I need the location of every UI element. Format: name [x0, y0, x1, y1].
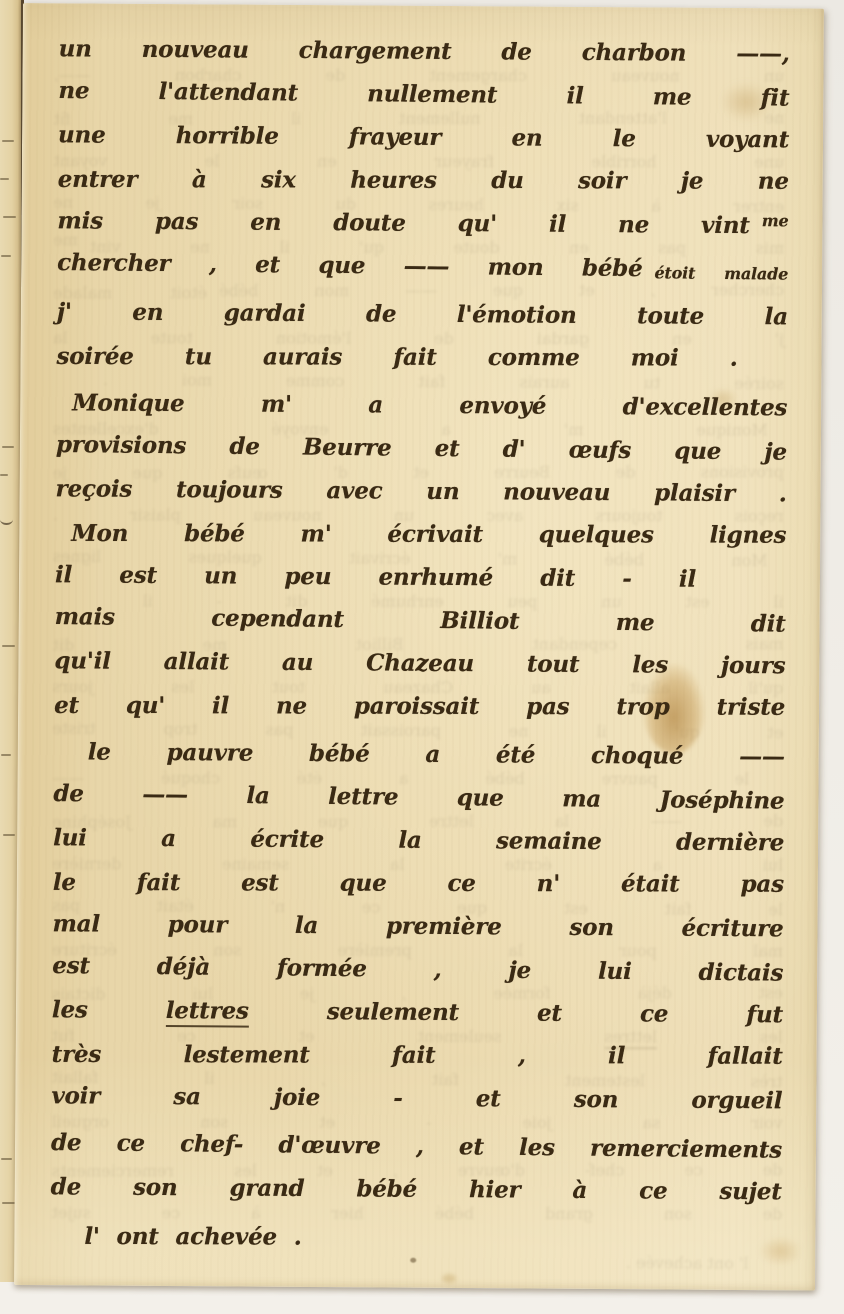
manuscript-page: un nouveau chargement de charbon ——, ne … [14, 3, 824, 1291]
manuscript-line: de ce chef- d'œuvre , et les remerciemen… [51, 1121, 782, 1172]
adjacent-page-line-mark [1, 255, 11, 257]
manuscript-line: provisions de Beurre et d' œufs que je [56, 423, 787, 474]
underlined-word: lettres [166, 997, 249, 1028]
manuscript-line: un nouveau chargement de charbon ——, [59, 27, 790, 75]
manuscript-line: chercher , et que —— mon bébéétoit malad… [57, 241, 788, 292]
adjacent-page-line-mark [2, 140, 14, 142]
manuscript-line: Monique m' a envoyé d'excellentes [56, 381, 787, 429]
manuscript-line: voir sa joie - et son orgueil [51, 1074, 782, 1122]
adjacent-page-line-mark [3, 216, 16, 218]
adjacent-page-line-mark [2, 645, 15, 647]
manuscript-line: mais cependant Billiot me dit [54, 595, 785, 646]
manuscript-line: mal pour la première son écriture [52, 902, 783, 950]
line-text: chercher , et que —— mon bébé [57, 249, 643, 282]
text-layer: un nouveau chargement de charbon ——, ne … [14, 3, 824, 1262]
manuscript-line: le pauvre bébé a été choqué —— [54, 730, 785, 778]
manuscript-line: reçois toujours avec un nouveau plaisir … [55, 467, 786, 515]
manuscript-line: j' en gardai de l'émotion toute la [57, 290, 788, 338]
manuscript-line: le fait est que ce n' était pas [53, 861, 784, 906]
manuscript-line: une horrible frayeur en le voyant [58, 113, 789, 161]
manuscript-line: l' ont achevée . [50, 1215, 781, 1260]
foxing-stain [442, 1274, 456, 1283]
manuscript-line: Mon bébé m' écrivait quelques lignes [55, 512, 786, 557]
adjacent-page-line-mark [1, 1158, 12, 1160]
adjacent-page-line-mark [0, 178, 9, 180]
manuscript-line: soirée tu aurais fait comme moi . [56, 335, 787, 380]
line-tail-word: étoit malade [654, 263, 788, 283]
manuscript-line: lui a écrite la semaine dernière [53, 816, 784, 864]
line-text: seulement et ce fut [249, 998, 783, 1029]
manuscript-line: les lettres seulement et ce fut [52, 988, 783, 1036]
line-text: mis pas en doute qu' il ne vint [57, 207, 749, 239]
manuscript-line: très lestement fait , il fallait [52, 1033, 783, 1078]
manuscript-line: et qu' il ne paroissait pas trop triste [54, 684, 785, 729]
scanned-letter: un nouveau chargement de charbon ——, ne … [0, 0, 844, 1314]
line-tail-word: me [762, 211, 789, 230]
manuscript-line: est déjà formée , je lui dictais [52, 944, 783, 995]
adjacent-page-line-mark [3, 834, 15, 836]
adjacent-page-line-mark [0, 474, 8, 476]
line-text: les [52, 996, 166, 1024]
manuscript-line: ne l'attendant nullement il me fit [58, 69, 789, 120]
adjacent-page-line-mark [2, 446, 14, 448]
manuscript-line: mis pas en doute qu' il ne vintme [57, 199, 788, 247]
manuscript-line: de son grand bébé hier à ce sujet [51, 1165, 782, 1213]
adjacent-page-line-mark [2, 1202, 15, 1204]
adjacent-page-line-mark [1, 754, 11, 756]
manuscript-line: entrer à six heures du soir je ne [58, 158, 789, 203]
manuscript-line: qu'il allait au Chazeau tout les jours [54, 639, 785, 687]
manuscript-line: il est un peu enrhumé dit - il [55, 553, 786, 601]
manuscript-line: de —— la lettre que ma Joséphine [53, 772, 784, 823]
adjacent-page-ink-mark [0, 514, 13, 525]
